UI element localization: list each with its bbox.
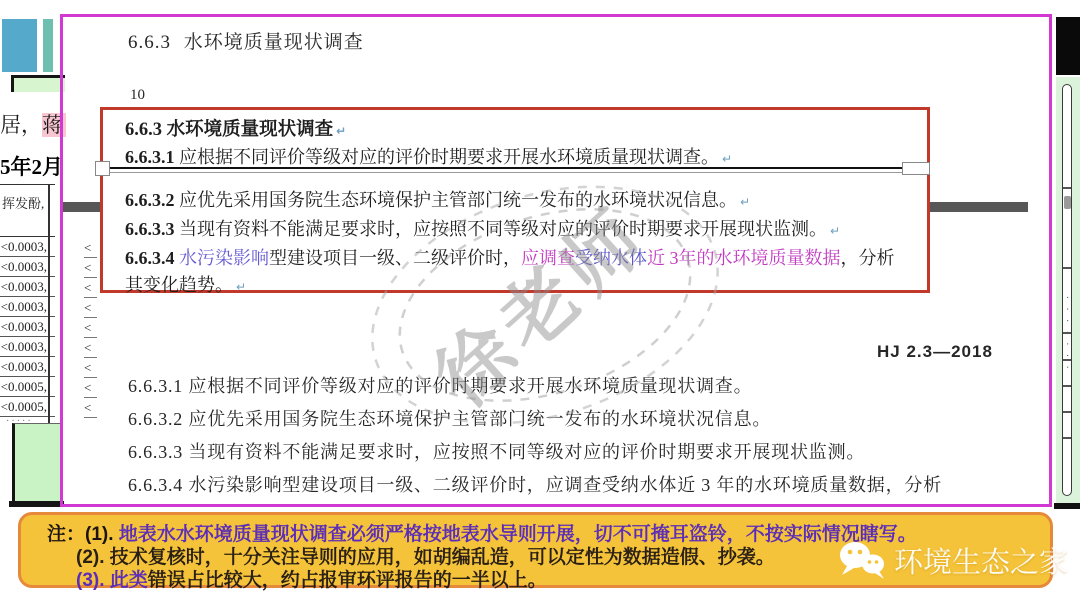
table-row: <0.0003,: [0, 297, 55, 317]
green-table-cell: [12, 423, 62, 503]
wechat-badge: 环境生态之家: [836, 538, 1068, 582]
text-fragment: 居，蒋口: [0, 109, 66, 137]
text-fragment-prefix: 居，: [0, 113, 42, 137]
table-rows: <0.0003,<0.0003,<0.0003,<0.0003,<0.0003,…: [0, 237, 55, 417]
scrollbar-tick: [1063, 437, 1071, 439]
table-row: <0.0003,: [0, 257, 55, 277]
table-column-border: [48, 184, 50, 424]
strip-tick-text: · · · · · · ·: [1063, 295, 1072, 371]
table-row: <0.0005,: [0, 377, 55, 397]
teal-bar-fragment: [43, 19, 53, 72]
wechat-icon: [836, 538, 888, 582]
table-row: <0.0003,: [0, 237, 55, 257]
date-fragment: 5年2月: [0, 151, 66, 181]
scrollbar-track[interactable]: [1062, 84, 1072, 496]
green-header-row-fragment: [11, 75, 65, 92]
table-row: <0.0005,: [0, 397, 55, 417]
blue-rect-fragment: [2, 19, 37, 72]
scrollbar-thumb[interactable]: [1064, 196, 1071, 209]
strip-bottom-border: [1054, 503, 1080, 509]
black-corner-rect: [1056, 17, 1080, 75]
green-scroll-strip: · · · · · · ·: [1056, 77, 1080, 505]
scrollbar-tick: [1063, 385, 1071, 387]
scrollbar-tick: [1063, 267, 1071, 269]
table-row: <0.0003,: [0, 317, 55, 337]
table-row: <0.0003,: [0, 357, 55, 377]
scrollbar-tick: [1063, 411, 1071, 413]
wechat-label: 环境生态之家: [894, 540, 1068, 581]
table-row: <0.0003,: [0, 337, 55, 357]
table-header-cell: 挥发酚,: [0, 185, 55, 237]
table-row: <0.0003,: [0, 277, 55, 297]
slide-screenshot: 居，蒋口 5年2月 挥发酚, <0.0003,<0.0003,<0.0003,<…: [0, 0, 1080, 607]
table-bottom-border: [9, 501, 64, 507]
note-line-3: (3). 此类错误占比较大，约占报审环评报告的一半以上。: [76, 565, 547, 592]
magenta-frame: [60, 14, 1052, 507]
scrollbar-tick: [1063, 187, 1071, 189]
table-column-values: 挥发酚, <0.0003,<0.0003,<0.0003,<0.0003,<0.…: [0, 184, 55, 417]
